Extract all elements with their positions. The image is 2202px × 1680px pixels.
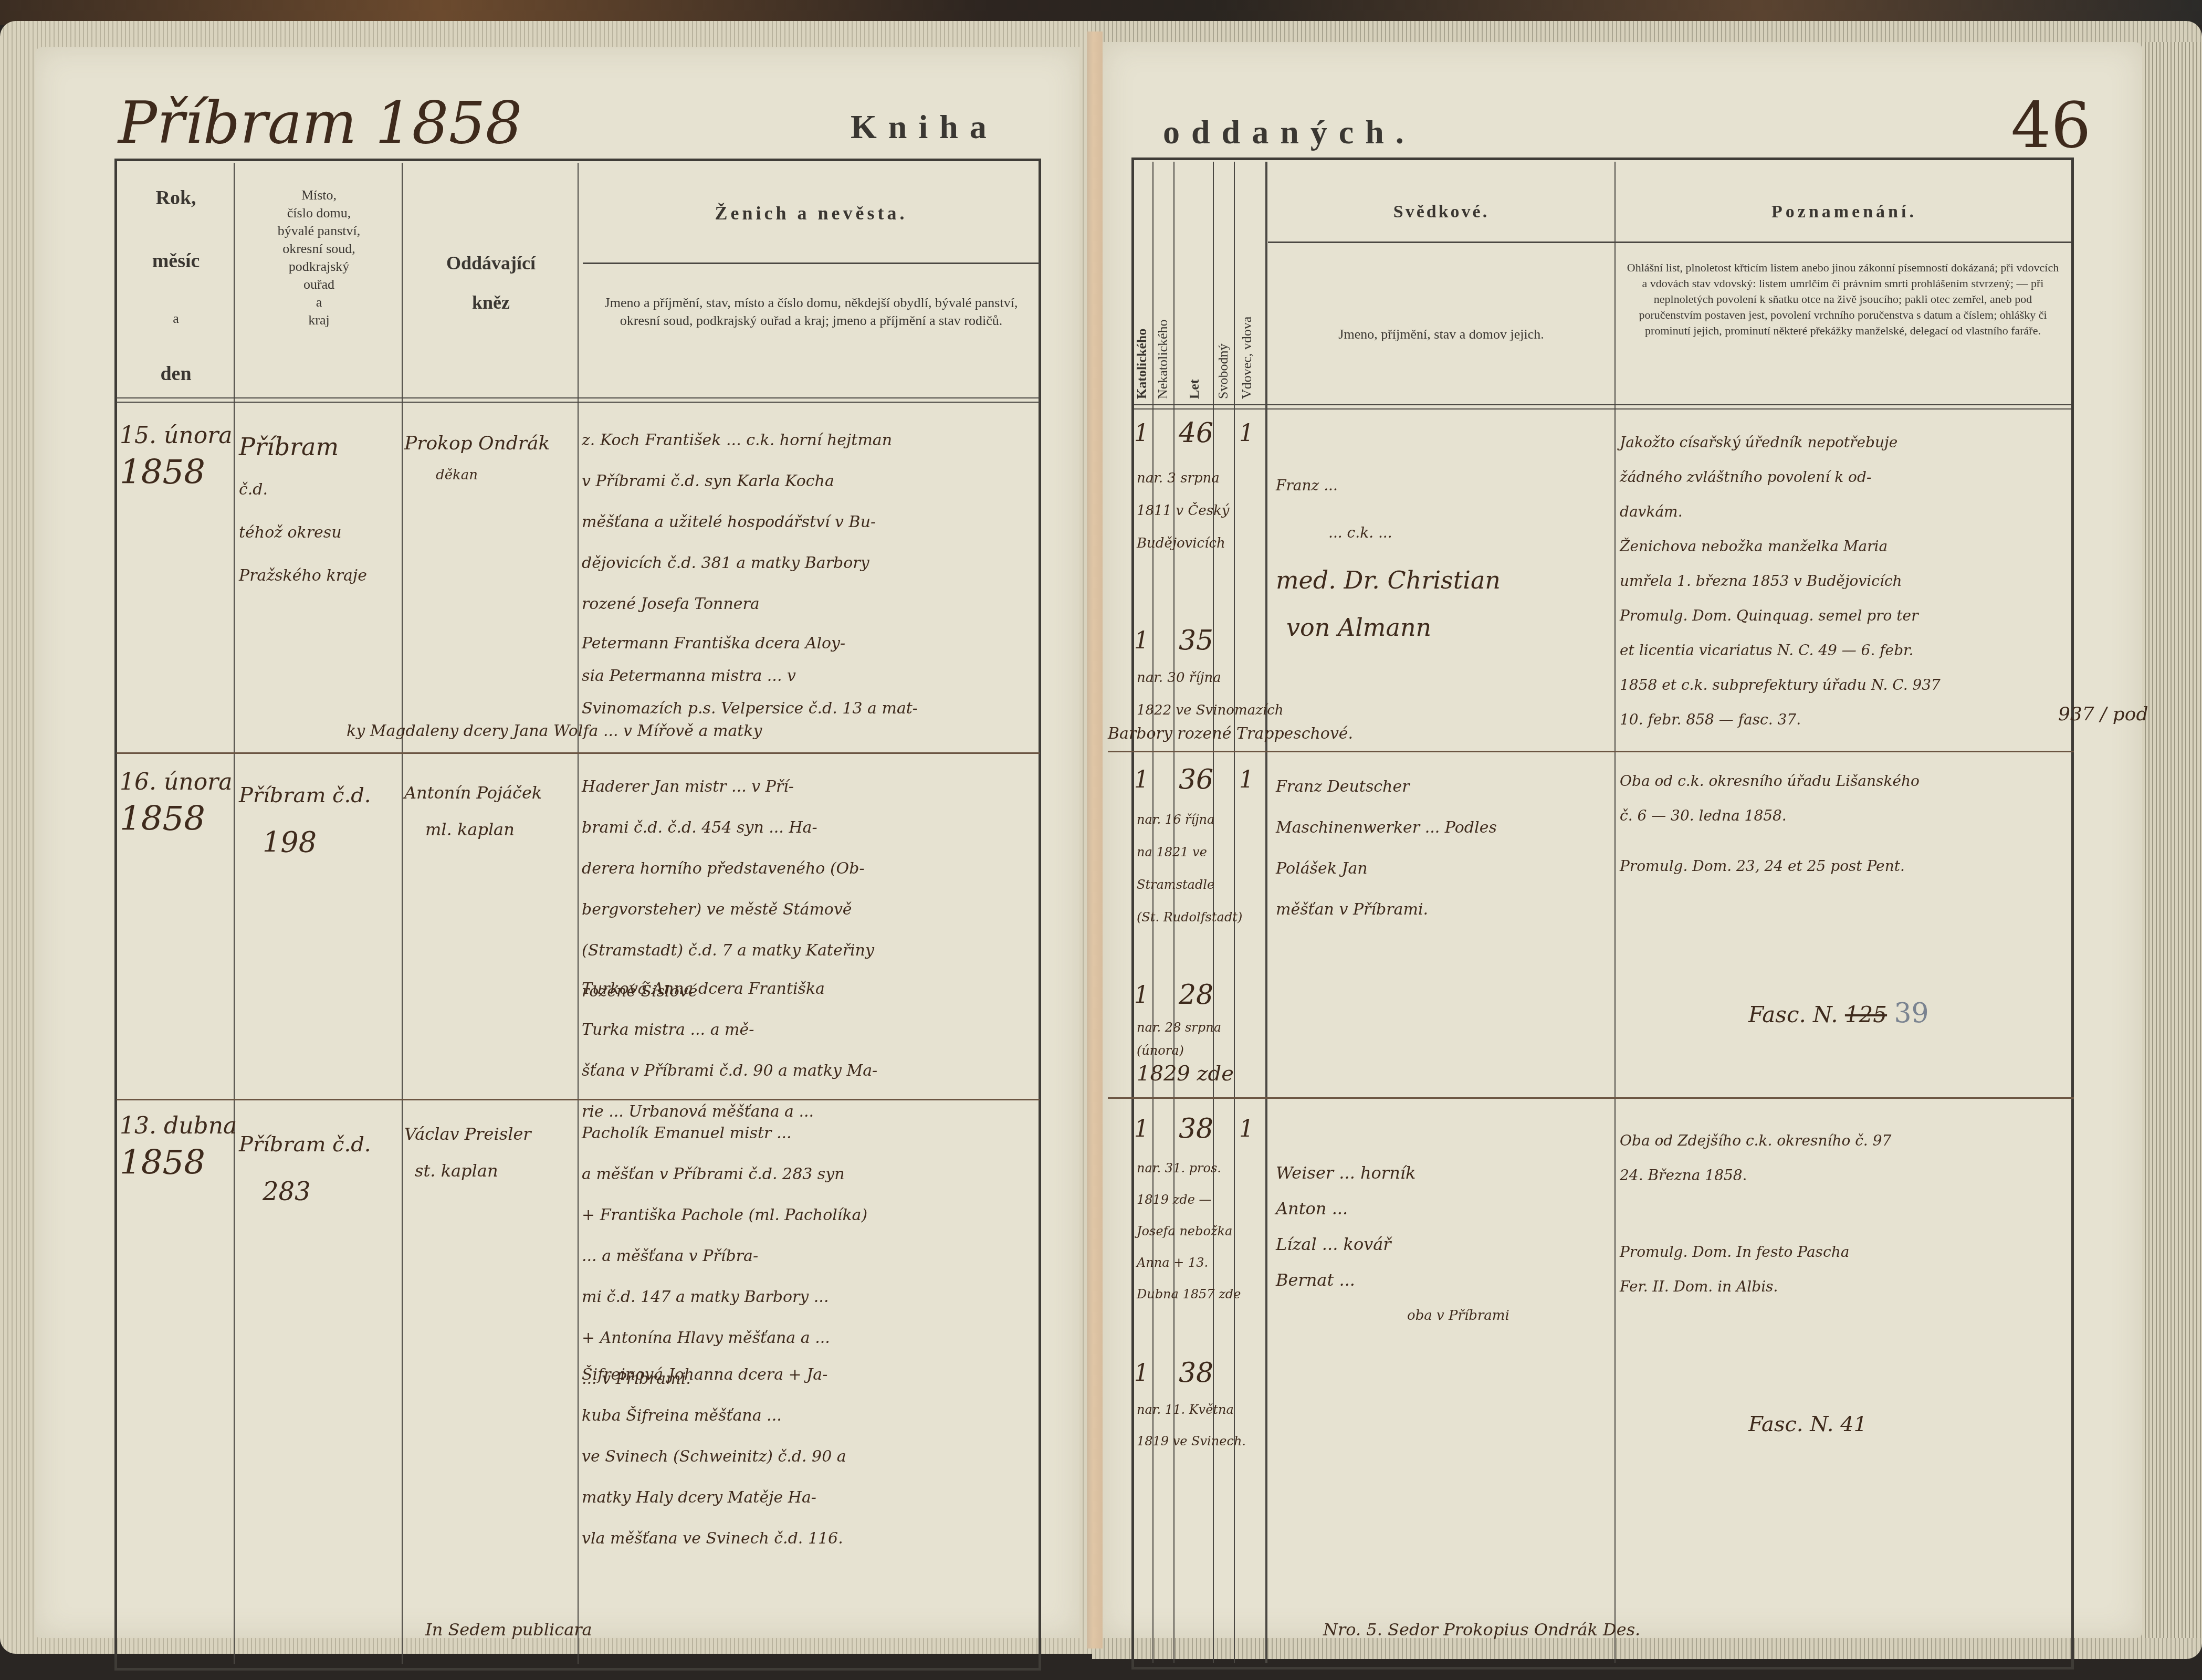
entry-3-remarks: Oba od Zdejšího c.k. okresního č. 97 24.…: [1620, 1123, 1891, 1304]
col-header-priest: Oddávající: [404, 252, 578, 274]
bride-line: šťana v Příbrami č.d. 90 a matky Ma-: [582, 1051, 877, 1091]
entry-1-priest: Prokop Ondrák děkan: [404, 428, 550, 491]
header-bottom-rule: [117, 397, 1040, 403]
place-house-number: 283: [239, 1168, 371, 1215]
remark-line: 10. febr. 858 — fasc. 37.: [1620, 702, 1941, 737]
book-gutter: [1087, 31, 1103, 1648]
entry-3-witnesses: Weiser ... horník Anton ... Lízal ... ko…: [1276, 1155, 1509, 1333]
date-year: 1858: [120, 454, 232, 491]
bride-line: Svinomazích p.s. Velpersice č.d. 13 a ma…: [582, 692, 918, 725]
groom-line: Haderer Jan mistr ... v Pří-: [582, 766, 874, 807]
col-header-noncatholic: Nekatolického: [1155, 257, 1171, 399]
entry-3-place: Příbram č.d. 283: [239, 1121, 371, 1215]
groom-line: měšťana a užitelé hospodářství v Bu-: [582, 502, 892, 543]
born-line: Dubna 1857 zde: [1137, 1278, 1241, 1310]
remark-line: Oba od c.k. okresního úřadu Lišanského: [1620, 764, 1920, 799]
date-line: 16. února: [120, 764, 232, 801]
witness-line: Bernat ...: [1276, 1262, 1509, 1298]
entry-3-date: 13. dubna 1858: [120, 1108, 237, 1181]
witness-line: Lízal ... kovář: [1276, 1226, 1509, 1262]
bride-line: Turka mistra ... a mě-: [582, 1010, 877, 1051]
priest-name: Prokop Ondrák: [404, 428, 550, 459]
entry-1-bride-age: 35: [1179, 625, 1213, 656]
entry-1-bride: Petermann Františka dcera Aloy- sia Pete…: [582, 627, 918, 725]
remark-line: č. 6 — 30. ledna 1858.: [1620, 799, 1920, 833]
entry-3-groom-cath: 1: [1134, 1116, 1149, 1142]
entry-2-witnesses: Franz Deutscher Maschinenwerker ... Podl…: [1276, 766, 1497, 930]
place-house-number: 198: [239, 819, 371, 866]
remark-line: 1858 et c.k. subprefektury úřadu N. C. 9…: [1620, 668, 1941, 702]
entry-3-groom-age: 38: [1179, 1113, 1213, 1144]
entry-3-bride-born: nar. 11. Května 1819 ve Svinech.: [1137, 1394, 1246, 1457]
date-year: 1858: [120, 1144, 237, 1181]
entry-3-fasc: Fasc. N. 41: [1748, 1412, 1867, 1436]
witness-line: měšťan v Příbrami.: [1276, 889, 1497, 930]
bride-line: kuba Šifreina měšťana ...: [582, 1395, 846, 1436]
fasc-number: 41: [1840, 1412, 1867, 1436]
groom-line: ... a měšťana v Příbra-: [582, 1236, 867, 1277]
groom-line: z. Koch František ... c.k. horní hejtman: [582, 420, 892, 461]
col-header-place: Místo, číslo domu, bývalé panství, okres…: [236, 186, 402, 329]
entry-1-groom-age: 46: [1179, 417, 1213, 449]
entry-3-bride-cath: 1: [1134, 1360, 1149, 1387]
header-subdivider: [1268, 241, 2071, 243]
born-line: nar. 31. pros.: [1137, 1152, 1241, 1184]
entry-separator: [117, 752, 1040, 754]
entry-1-groom: z. Koch František ... c.k. horní hejtman…: [582, 420, 892, 625]
bride-line: Turková Anna dcera Františka: [582, 969, 877, 1010]
entry-2-remarks: Oba od c.k. okresního úřadu Lišanského č…: [1620, 764, 1920, 884]
header-bottom-rule: [1134, 404, 2071, 409]
born-line: 1829 zde: [1137, 1062, 1234, 1085]
remarks-col-divider: [1614, 162, 1616, 1663]
witness-line: ... c.k. ...: [1276, 509, 1501, 556]
col-header-priest-2: kněz: [404, 291, 578, 313]
born-line: Anna + 13.: [1137, 1247, 1241, 1278]
place-line: Příbram: [239, 425, 367, 468]
groom-line: bergvorsteher) ve městě Stámově: [582, 889, 874, 930]
groom-line: + Antonína Hlavy měšťana a ...: [582, 1318, 867, 1359]
place-line: Příbram č.d.: [239, 772, 371, 819]
col-header-age: Let: [1187, 362, 1202, 399]
remark-line: Promulg. Dom. Quinquag. semel pro ter: [1620, 598, 1941, 633]
entry-3-bride: Šifreinová Johanna dcera + Ja- kuba Šifr…: [582, 1354, 846, 1559]
col-divider: [402, 163, 403, 1664]
place-line: č.d.: [239, 468, 367, 511]
right-footer-note: Nro. 5. Sedor Prokopius Ondrák Des.: [1323, 1620, 1640, 1640]
col-header-remarks: Poznamenání.: [1617, 202, 2071, 222]
col-header-couple-sub: Jmeno a příjmění, stav, místo a číslo do…: [604, 294, 1019, 330]
col-header-mesic: měsíc: [118, 249, 234, 272]
born-line: na 1821 ve: [1137, 836, 1242, 868]
entry-2-date: 16. února 1858: [120, 764, 232, 837]
groom-line: a měšťan v Příbrami č.d. 283 syn: [582, 1154, 867, 1195]
entry-1-side-note: 937 / pod: [2058, 703, 2148, 725]
born-line: (St. Rudolfstadt): [1137, 901, 1242, 933]
place-line: Místo,: [236, 186, 402, 204]
date-line: 15. února: [120, 417, 232, 454]
entry-2-groom-cath: 1: [1134, 766, 1149, 793]
born-line: 1819 ve Svinech.: [1137, 1425, 1246, 1457]
col-header-witnesses-sub: Jmeno, příjmění, stav a domov jejich.: [1268, 325, 1614, 343]
page-number: 46: [2011, 89, 2091, 162]
born-line: Budějovicích: [1137, 527, 1229, 560]
witness-line: Franz Deutscher: [1276, 766, 1497, 807]
place-line: kraj: [236, 311, 402, 329]
remark-line: Oba od Zdejšího c.k. okresního č. 97: [1620, 1123, 1891, 1158]
entry-separator: [1108, 751, 2074, 752]
remark-line: et licentia vicariatus N. C. 49 — 6. feb…: [1620, 633, 1941, 668]
printed-title-right: oddaných.: [1163, 113, 1415, 152]
groom-line: Pacholík Emanuel mistr ...: [582, 1113, 867, 1154]
entry-1-bride-cath: 1: [1134, 627, 1149, 654]
witness-line: med. Dr. Christian: [1276, 556, 1501, 604]
right-table-frame: [1131, 157, 2074, 1669]
witness-line: Anton ...: [1276, 1191, 1509, 1226]
entry-1-place: Příbram č.d. téhož okresu Pražského kraj…: [239, 425, 367, 597]
entry-3-groom-single: 1: [1239, 1116, 1254, 1142]
bride-line: sia Petermanna mistra ... v: [582, 660, 918, 692]
born-line: (února): [1137, 1039, 1234, 1062]
priest-name: Antonín Pojáček: [404, 774, 542, 811]
priest-title: děkan: [404, 459, 550, 491]
born-line: 1819 zde —: [1137, 1184, 1241, 1215]
place-line: okresní soud,: [236, 240, 402, 258]
groom-line: derera horního představeného (Ob-: [582, 848, 874, 889]
born-line: Stramstadle: [1137, 868, 1242, 901]
witness-line: von Almann: [1276, 604, 1501, 651]
born-line: Josefa nebožka: [1137, 1215, 1241, 1247]
place-line: číslo domu,: [236, 204, 402, 222]
born-line: nar. 28 srpna: [1137, 1016, 1234, 1039]
groom-line: v Příbrami č.d. syn Karla Kocha: [582, 461, 892, 502]
place-line: téhož okresu: [239, 511, 367, 554]
bride-line: Šifreinová Johanna dcera + Ja-: [582, 1354, 846, 1395]
groom-line: rozené Josefa Tonnera: [582, 584, 892, 625]
born-line: nar. 30 října: [1137, 661, 1283, 694]
bride-line: ve Svinech (Schweinitz) č.d. 90 a: [582, 1436, 846, 1477]
born-line: 1822 ve Svinomazích: [1137, 694, 1283, 727]
fasc-old-number: 125: [1845, 1002, 1887, 1027]
remark-line: Fer. II. Dom. in Albis.: [1620, 1269, 1891, 1304]
entry-2-bride-age: 28: [1179, 979, 1213, 1011]
remark-line: davkám.: [1620, 495, 1941, 529]
entry-3-bride-age: 38: [1179, 1357, 1213, 1389]
entry-2-groom-single: 1: [1239, 766, 1254, 793]
entry-1-groom-cath: 1: [1134, 420, 1149, 447]
col-divider: [234, 163, 235, 1664]
witness-line: Maschinenwerker ... Podles: [1276, 807, 1497, 848]
place-line: podkrajský: [236, 258, 402, 276]
born-line: nar. 3 srpna: [1137, 462, 1229, 495]
col-divider: [578, 163, 579, 1664]
entry-2-fasc: Fasc. N. 125 39: [1748, 997, 1929, 1029]
groom-line: (Stramstadt) č.d. 7 a matky Kateřiny: [582, 930, 874, 971]
place-line: a: [236, 293, 402, 311]
groom-line: brami č.d. č.d. 454 syn ... Ha-: [582, 807, 874, 848]
header-subdivider: [583, 262, 1040, 264]
witness-line: Franz ...: [1276, 462, 1501, 509]
col-header-witnesses: Svědkové.: [1268, 202, 1614, 222]
entry-2-bride-cath: 1: [1134, 982, 1149, 1009]
entry-1-bride-overflow: ky Magdaleny dcery Jana Wolfa ... v Mířo…: [347, 722, 762, 740]
remark-line: žádného zvláštního povolení k od-: [1620, 460, 1941, 495]
remark-line: Promulg. Dom. 23, 24 et 25 post Pent.: [1620, 849, 1920, 884]
col-header-rok: Rok,: [118, 186, 234, 209]
entry-1-witnesses: Franz ... ... c.k. ... med. Dr. Christia…: [1276, 462, 1501, 651]
groom-line: + Františka Pachole (ml. Pacholíka): [582, 1195, 867, 1236]
col-header-widowed: Vdovec, vdova: [1239, 283, 1255, 399]
entry-2-bride-born: nar. 28 srpna (února) 1829 zde: [1137, 1016, 1234, 1085]
entry-2-bride: Turková Anna dcera Františka Turka mistr…: [582, 969, 877, 1132]
entry-3-priest: Václav Preisler st. kaplan: [404, 1116, 531, 1189]
priest-name: Václav Preisler: [404, 1116, 531, 1152]
date-line: 13. dubna: [120, 1108, 237, 1144]
place-line: ouřad: [236, 276, 402, 293]
col-header-remarks-sub: Ohlášní list, plnoletost křticím listem …: [1625, 260, 2061, 339]
born-line: 1811 v Český: [1137, 495, 1229, 527]
entry-3-groom-born: nar. 31. pros. 1819 zde — Josefa nebožka…: [1137, 1152, 1241, 1310]
entry-1-bride-mother: Barbory rozené Trappeschové.: [1108, 724, 1353, 743]
col-header-couple: Ženich a nevěsta.: [583, 202, 1040, 224]
fasc-new-number: 39: [1894, 997, 1928, 1029]
col-header-a: a: [118, 310, 234, 328]
entry-2-groom-age: 36: [1179, 764, 1213, 795]
priest-title: ml. kaplan: [404, 811, 542, 848]
witness-line: Polášek Jan: [1276, 848, 1497, 889]
entry-2-place: Příbram č.d. 198: [239, 772, 371, 866]
left-footer-note: In Sedem publicara: [425, 1620, 592, 1640]
remark-line: 24. Března 1858.: [1620, 1158, 1891, 1193]
page-edge-right: [2142, 42, 2202, 1638]
entry-2-groom-born: nar. 16 října na 1821 ve Stramstadle (St…: [1137, 803, 1242, 933]
entry-separator: [1108, 1097, 2074, 1099]
groom-line: dějovicích č.d. 381 a matky Barbory: [582, 543, 892, 584]
printed-title-left: Kniha: [851, 108, 998, 146]
priest-title: st. kaplan: [404, 1152, 531, 1189]
born-line: nar. 16 října: [1137, 803, 1242, 836]
fasc-label: Fasc. N.: [1748, 1002, 1838, 1027]
col-header-catholic: Katolického: [1134, 257, 1150, 399]
col-header-den: den: [118, 362, 234, 385]
fasc-label: Fasc. N.: [1748, 1412, 1833, 1436]
witness-col-divider: [1265, 162, 1267, 1663]
witness-line: Weiser ... horník: [1276, 1155, 1509, 1191]
col-header-single: Svobodný: [1215, 320, 1231, 399]
remark-line: Promulg. Dom. In festo Pascha: [1620, 1235, 1891, 1269]
witness-line: oba v Příbrami: [1276, 1298, 1509, 1333]
place-line: bývalé panství,: [236, 222, 402, 240]
bride-line: vla měšťana ve Svinech č.d. 116.: [582, 1518, 846, 1559]
entry-1-remarks: Jakožto císařský úředník nepotřebuje žád…: [1620, 425, 1941, 737]
handwritten-header: Příbram 1858: [118, 89, 522, 156]
remark-line: Ženichova nebožka manželka Maria: [1620, 529, 1941, 564]
entry-1-bride-born: nar. 30 října 1822 ve Svinomazích: [1137, 661, 1283, 727]
place-line: Pražského kraje: [239, 554, 367, 597]
date-year: 1858: [120, 801, 232, 837]
place-line: Příbram č.d.: [239, 1121, 371, 1168]
entry-separator: [117, 1099, 1040, 1100]
entry-1-date: 15. února 1858: [120, 417, 232, 491]
remark-line: Jakožto císařský úředník nepotřebuje: [1620, 425, 1941, 460]
entry-1-groom-single: 1: [1239, 420, 1254, 447]
entry-2-priest: Antonín Pojáček ml. kaplan: [404, 774, 542, 848]
entry-1-groom-born: nar. 3 srpna 1811 v Český Budějovicích: [1137, 462, 1229, 560]
groom-line: mi č.d. 147 a matky Barbory ...: [582, 1277, 867, 1318]
born-line: nar. 11. Května: [1137, 1394, 1246, 1425]
bride-line: Petermann Františka dcera Aloy-: [582, 627, 918, 660]
bride-line: matky Haly dcery Matěje Ha-: [582, 1477, 846, 1518]
remark-line: umřela 1. března 1853 v Budějovicích: [1620, 564, 1941, 598]
